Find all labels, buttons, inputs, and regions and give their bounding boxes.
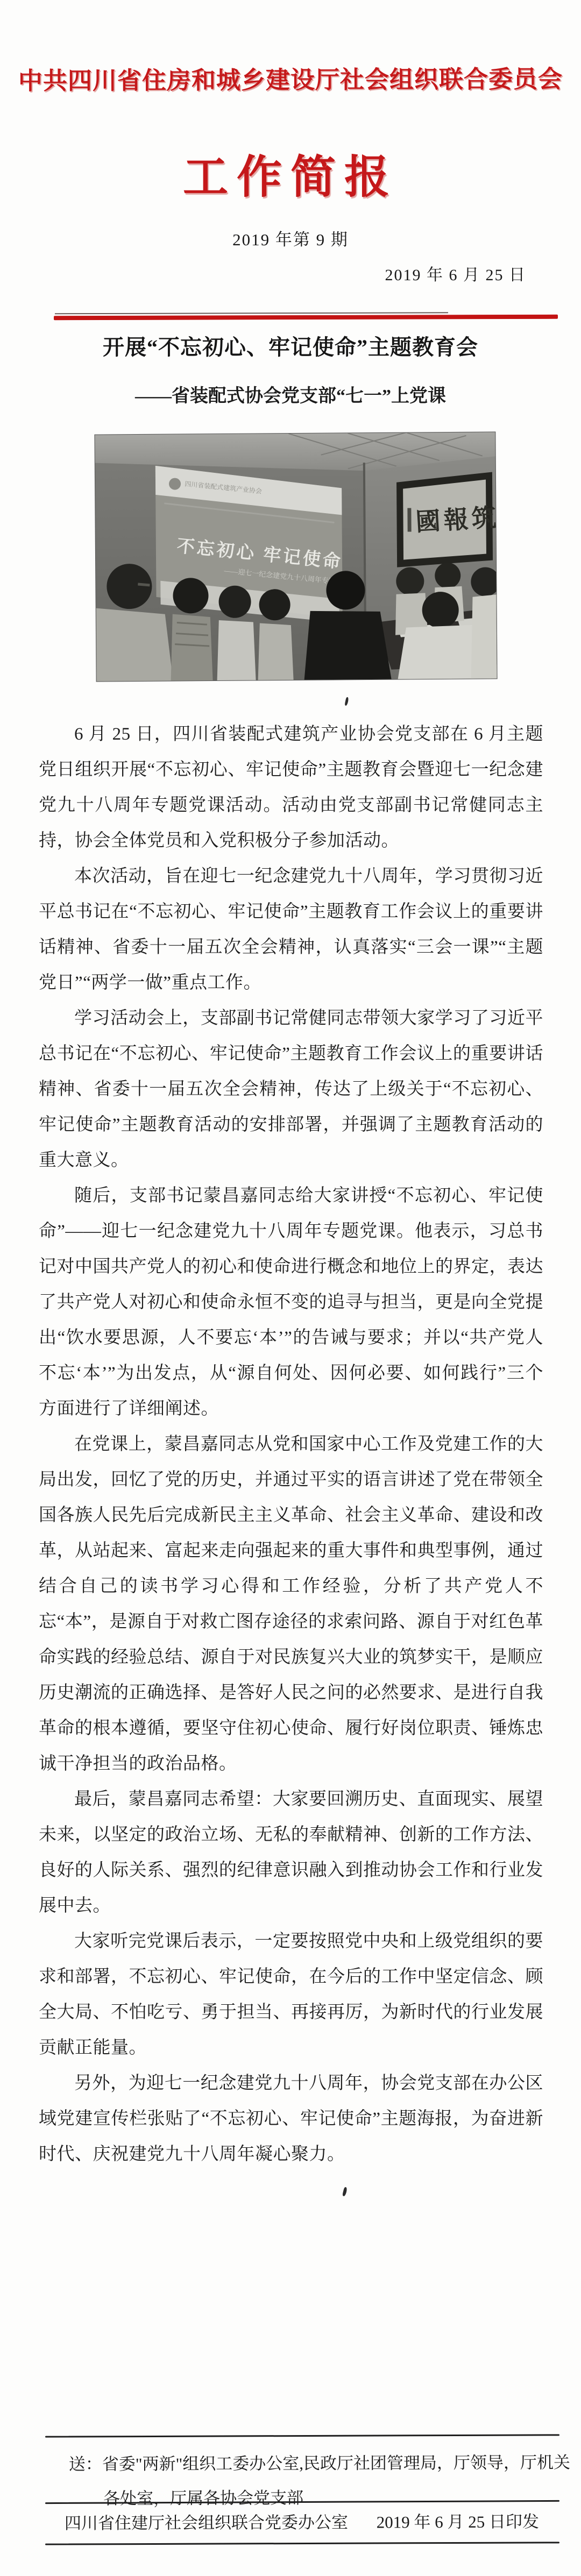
imprint-row: 四川省住建厅社会组织联合党委办公室 2019 年 6 月 25 日印发 <box>45 2508 559 2534</box>
distribution-label: 送： <box>69 2454 102 2473</box>
footer-rule-top <box>45 2434 559 2437</box>
article-body: 6 月 25 日，四川省装配式建筑产业协会党支部在 6 月主题党日组织开展“不忘… <box>39 716 543 2172</box>
org-name: 中共四川省住房和城乡建设厅社会组织联合委员会 <box>0 59 581 96</box>
article-title: 开展“不忘初心、牢记使命”主题教育会 <box>0 330 581 361</box>
article-subtitle: ——省装配式协会党支部“七一”上党课 <box>0 381 581 407</box>
paragraph: 6 月 25 日，四川省装配式建筑产业协会党支部在 6 月主题党日组织开展“不忘… <box>39 716 543 858</box>
issuing-office: 四川省住建厅社会组织联合党委办公室 <box>65 2509 348 2534</box>
distribution-content: 省委"两新"组织工委办公室,民政厅社团管理局，厅领导，厅机关各处室，厅属各协会党… <box>102 2453 570 2508</box>
distribution-list: 送：省委"两新"组织工委办公室,民政厅社团管理局，厅领导，厅机关各处室，厅属各协… <box>69 2445 581 2516</box>
paragraph: 大家听完党课后表示，一定要按照党中央和上级党组织的要求和部署，不忘初心、牢记使命… <box>39 1924 543 2066</box>
paragraph: 最后，蒙昌嘉同志希望：大家要回溯历史、直面现实、展望未来，以坚定的政治立场、无私… <box>39 1782 543 1924</box>
paragraph: 本次活动，旨在迎七一纪念建党九十八周年，学习贯彻习近平总书记在“不忘初心、牢记使… <box>39 858 543 1000</box>
photo-plaque: 國報筑建 <box>396 472 497 567</box>
issue-date: 2019 年 6 月 25 日 <box>0 261 581 285</box>
paragraph: 另外，为迎七一纪念建党九十八周年，协会党支部在办公区域党建宣传栏张贴了“不忘初心… <box>39 2066 543 2172</box>
bulletin-page: 中共四川省住房和城乡建设厅社会组织联合委员会 工作简报 2019 年第 9 期 … <box>0 0 581 2576</box>
red-divider-rule <box>54 315 558 320</box>
photo-plaque-seal <box>407 508 411 532</box>
photo-screen-logo <box>169 478 181 489</box>
paragraph: 学习活动会上，支部副书记常健同志带领大家学习了习近平总书记在“不忘初心、牢记使命… <box>39 1000 543 1178</box>
paragraph: 随后，支部书记蒙昌嘉同志给大家讲授“不忘初心、牢记使命”——迎七一纪念建党九十八… <box>39 1178 543 1427</box>
scan-artifact <box>342 2187 348 2197</box>
meeting-photo: 四川省装配式建筑产业协会 不忘初心 牢记使命 ——迎七一纪念建党九十八周年专题党… <box>95 432 497 681</box>
print-date: 2019 年 6 月 25 日印发 <box>377 2508 539 2532</box>
issue-number: 2019 年第 9 期 <box>0 226 581 250</box>
paragraph: 在党课上，蒙昌嘉同志从党和国家中心工作及党建工作的大局出发，回忆了党的历史，并通… <box>39 1427 543 1782</box>
footer-rule-bottom <box>45 2542 559 2545</box>
scan-artifact <box>344 697 349 706</box>
meeting-photo-canvas: 四川省装配式建筑产业协会 不忘初心 牢记使命 ——迎七一纪念建党九十八周年专题党… <box>95 432 497 681</box>
bulletin-title: 工作简报 <box>0 141 581 206</box>
